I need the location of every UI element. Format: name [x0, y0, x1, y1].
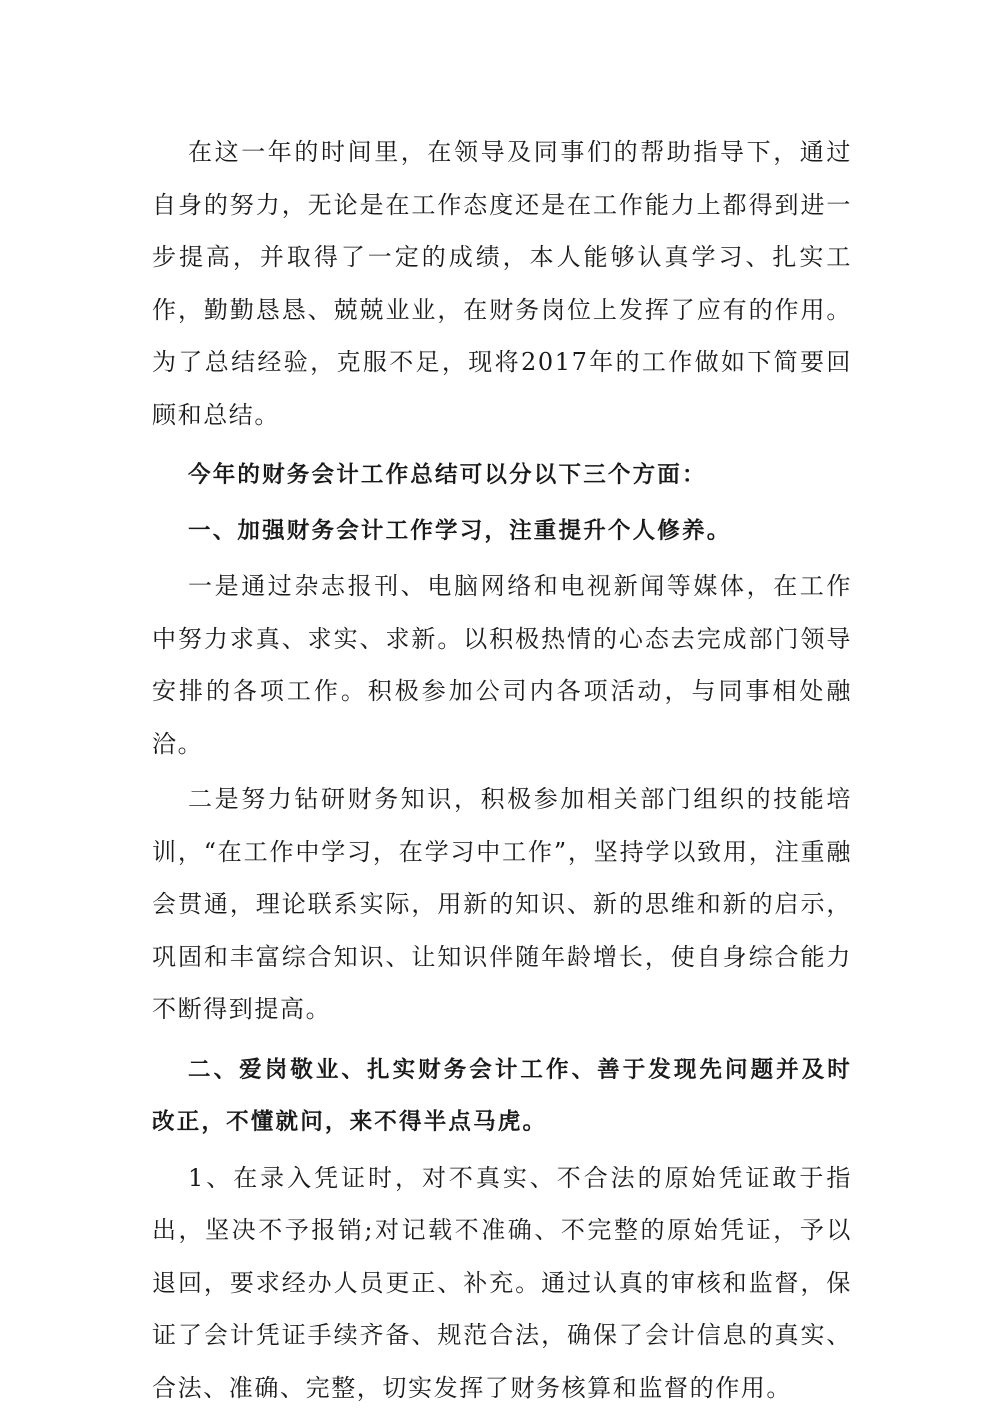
summary-heading: 今年的财务会计工作总结可以分以下三个方面： — [152, 449, 852, 502]
section-two-item-one: 1、在录入凭证时，对不真实、不合法的原始凭证敢于指出，坚决不予报销;对记载不准确… — [152, 1152, 852, 1415]
section-two-heading: 二、爱岗敬业、扎实财务会计工作、善于发现先问题并及时改正，不懂就问，来不得半点马… — [152, 1044, 852, 1149]
section-one-heading: 一、加强财务会计工作学习，注重提升个人修养。 — [152, 505, 852, 558]
intro-paragraph: 在这一年的时间里，在领导及同事们的帮助指导下，通过自身的努力，无论是在工作态度还… — [152, 126, 852, 441]
document-page: 在这一年的时间里，在领导及同事们的帮助指导下，通过自身的努力，无论是在工作态度还… — [152, 126, 852, 1414]
section-one-point-one: 一是通过杂志报刊、电脑网络和电视新闻等媒体，在工作中努力求真、求实、求新。以积极… — [152, 560, 852, 770]
section-one-point-two: 二是努力钻研财务知识，积极参加相关部门组织的技能培训，“在工作中学习，在学习中工… — [152, 773, 852, 1036]
